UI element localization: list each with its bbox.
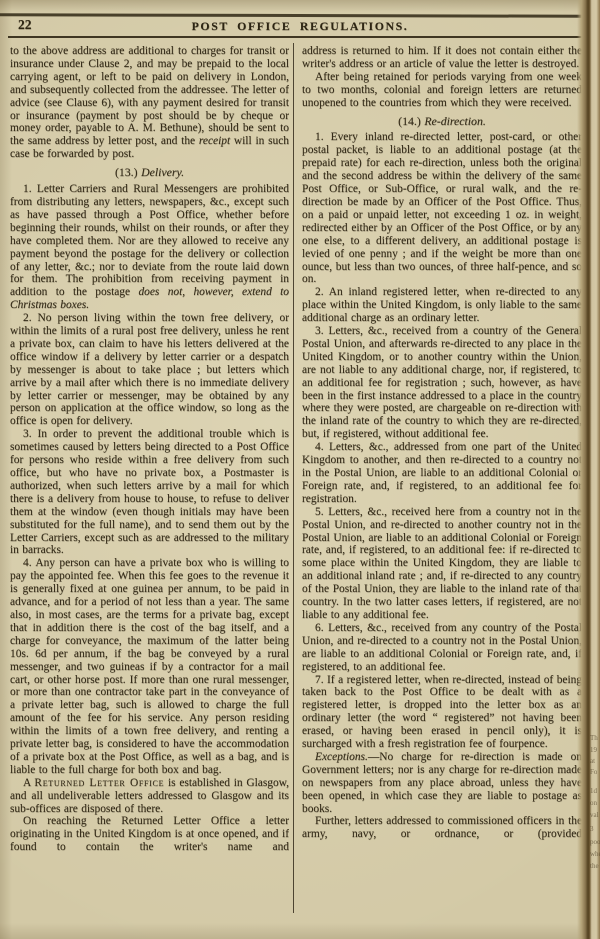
edge-text-fragment: 3 (590, 826, 594, 833)
section-heading: (13.) Delivery. (10, 166, 289, 179)
paragraph: 5. Letters, &c., received here from a co… (302, 506, 582, 622)
text-run: 2. No person living within the town free… (10, 312, 289, 427)
text-run: (13.) (115, 165, 141, 179)
column-divider (293, 43, 294, 913)
column-left: to the above address are additional to c… (10, 45, 289, 925)
paragraph: 1. Every inland re-directed letter, post… (302, 131, 582, 286)
next-page-sliver: Th19atFo1donval3poowhethe (589, 0, 600, 939)
paragraph: A Returned Letter Office is established … (10, 777, 289, 816)
paragraph: Further, letters addressed to commission… (302, 815, 582, 841)
edge-text-fragment: 19 (590, 747, 597, 754)
edge-text-fragment: the (590, 863, 599, 870)
text-run: 6. Letters, &c., received from any count… (302, 622, 582, 673)
paragraph: 3. In order to prevent the additional tr… (10, 428, 289, 557)
section-heading: (14.) Re-direction. (302, 115, 582, 128)
edge-text-fragment: on (590, 800, 597, 807)
edge-text-fragment: Th (590, 735, 598, 742)
paragraph: 2. An inland registered letter, when re-… (302, 286, 582, 325)
text-run: On reaching the Returned Letter Office a… (10, 815, 289, 853)
edge-text-fragment: at (590, 758, 595, 765)
text-run: Further, letters addressed to commission… (302, 815, 582, 840)
paragraph: 3. Letters, &c., received from a country… (302, 325, 582, 441)
text-run: 2. An inland registered letter, when re-… (302, 286, 582, 324)
text-run: to the above address are additional to c… (10, 45, 289, 147)
text-run: Exceptions. (315, 751, 368, 763)
text-run: 5. Letters, &c., received here from a co… (302, 506, 582, 621)
text-run: 3. In order to prevent the additional tr… (10, 428, 289, 556)
edge-text-fragment: Fo (590, 769, 597, 776)
paragraph: 4. Any person can have a private box who… (10, 557, 289, 776)
top-rule (0, 13, 588, 17)
paragraph: 7. If a registered letter, when re-direc… (302, 674, 582, 751)
paragraph: to the above address are additional to c… (10, 45, 289, 161)
column-right: address is returned to him. If it does n… (302, 45, 582, 925)
running-title: POST OFFICE REGULATIONS. (40, 19, 560, 34)
text-run: 7. If a registered letter, when re-direc… (302, 674, 582, 751)
text-run: 3. Letters, &c., received from a country… (302, 325, 582, 440)
text-run: Re-direction. (424, 114, 485, 128)
page-number: 22 (18, 17, 32, 33)
book-page: 22 POST OFFICE REGULATIONS. to the above… (0, 0, 600, 939)
edge-text-fragment: 1d (590, 788, 597, 795)
paragraph: 1. Letter Carriers and Rural Messengers … (10, 183, 289, 312)
text-run: 1. Every inland re-directed letter, post… (302, 131, 582, 285)
paragraph: address is returned to him. If it does n… (302, 45, 582, 71)
edge-text-fragment: val (590, 812, 599, 819)
text-run: (14.) (398, 114, 424, 128)
edge-text-fragment: poo (590, 839, 600, 846)
header-rule (8, 36, 586, 38)
paragraph: 2. No person living within the town free… (10, 312, 289, 428)
paragraph: On reaching the Returned Letter Office a… (10, 815, 289, 854)
paragraph: After being retained for periods varying… (302, 71, 582, 110)
text-run: A (23, 777, 34, 789)
text-run: 1. Letter Carriers and Rural Messengers … (10, 183, 289, 298)
text-run: receipt (199, 135, 230, 147)
edge-text-fragment: whe (590, 851, 600, 858)
paragraph: Exceptions.—No charge for re-direction i… (302, 751, 582, 816)
text-run: Delivery. (141, 165, 184, 179)
text-run: Returned Letter Office (34, 777, 164, 789)
paragraph: 4. Letters, &c., addressed from one part… (302, 441, 582, 506)
text-run: After being retained for periods varying… (302, 71, 582, 109)
text-run: 4. Any person can have a private box who… (10, 557, 289, 776)
text-run: 4. Letters, &c., addressed from one part… (302, 441, 582, 505)
paragraph: 6. Letters, &c., received from any count… (302, 622, 582, 674)
text-run: address is returned to him. If it does n… (302, 45, 582, 70)
